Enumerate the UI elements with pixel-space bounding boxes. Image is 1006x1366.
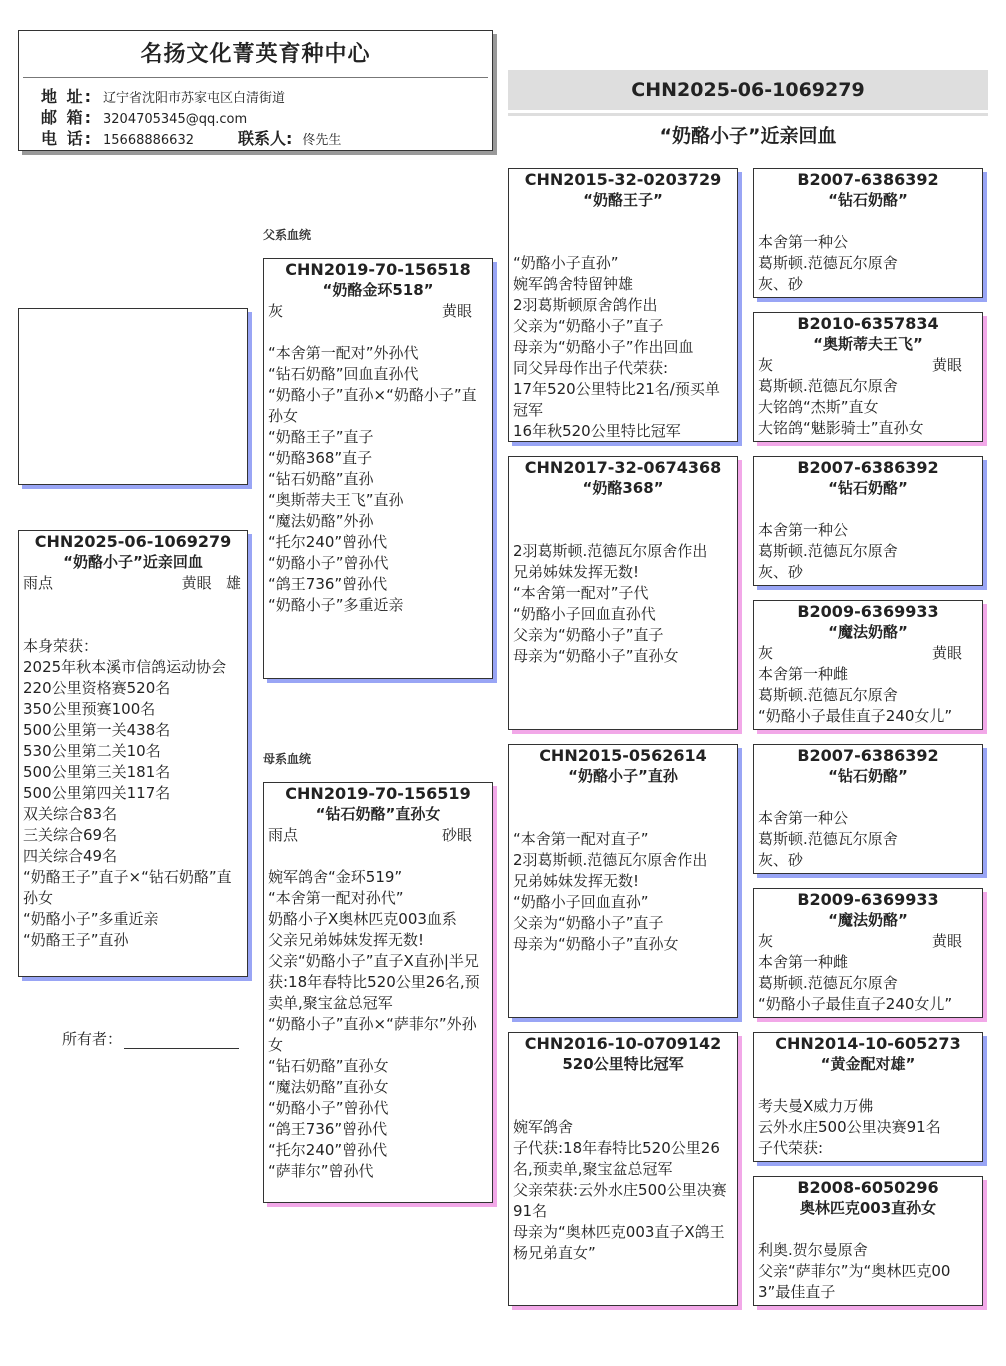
- great-grandparent-card-6: B2009-6369933 “魔法奶酪” 灰 黄眼 本舍第一种雌 葛斯顿.范德瓦…: [753, 888, 983, 1018]
- info-line: 16年秋520公里特比冠军: [513, 421, 733, 442]
- ring-number: B2009-6369933: [758, 890, 978, 910]
- feather-color: 灰: [268, 301, 283, 322]
- ring-number: CHN2014-10-605273: [758, 1034, 978, 1054]
- info-line: 本舍第一种雌: [758, 664, 978, 685]
- pigeon-name: “钻石奶酪”: [758, 766, 978, 787]
- email-value: 3204705345@qq.com: [103, 112, 247, 127]
- info-line: 葛斯顿.范德瓦尔原舍: [758, 253, 978, 274]
- info-line: 子代荣获:: [758, 1138, 978, 1159]
- maternal-grandsire-card: CHN2015-0562614 “奶酪小子”直孙 “本舍第一配对直子” 2羽葛斯…: [508, 744, 738, 1018]
- ring-number: CHN2019-70-156518: [268, 260, 488, 280]
- eye-type: 黄眼: [932, 643, 962, 664]
- eye-type: 黄眼: [182, 574, 212, 592]
- pedigree-ring-banner: CHN2025-06-1069279: [508, 70, 988, 110]
- info-line: “本舍第一配对”子代: [513, 583, 733, 604]
- info-line: 母亲为“奥林匹克003直子X鸽王杨兄弟直女”: [513, 1222, 733, 1264]
- info-line: “鸽王736”曾孙代: [268, 1119, 488, 1140]
- info-line: 婉军鸽舍特留钟雄: [513, 274, 733, 295]
- feather-color: 灰: [758, 931, 773, 952]
- info-line: 220公里资格赛520名: [23, 678, 243, 699]
- eye-type: 砂眼: [442, 825, 472, 846]
- breeder-info-card: 名扬文化菁英育种中心 地 址: 辽宁省沈阳市苏家屯区白清街道 邮 箱: 3204…: [18, 30, 493, 151]
- info-line: 考夫曼X威力万佛: [758, 1096, 978, 1117]
- phone-label: 电 话:: [41, 126, 103, 149]
- phone-row: 电 话: 15668886632 联系人: 佟先生: [19, 126, 492, 147]
- pigeon-name: 520公里特比冠军: [513, 1054, 733, 1075]
- pigeon-name: “奶酪368”: [513, 478, 733, 499]
- pigeon-name: “奶酪小子”直孙: [513, 766, 733, 787]
- email-row: 邮 箱: 3204705345@qq.com: [19, 105, 492, 126]
- pigeon-name: 奥林匹克003直孙女: [758, 1198, 978, 1219]
- great-grandparent-card-8: B2008-6050296 奥林匹克003直孙女 利奥.贺尔曼原舍 父亲“萨菲尔…: [753, 1176, 983, 1306]
- attributes-row: 雨点 黄眼 雄: [23, 573, 243, 594]
- info-line: 本舍第一种公: [758, 520, 978, 541]
- info-line: “奶酪小子直孙”: [513, 253, 733, 274]
- info-line: “奶酪小子最佳直子240女儿”: [758, 994, 978, 1015]
- dam-card: CHN2019-70-156519 “钻石奶酪”直孙女 雨点 砂眼 婉军鸽舍“金…: [263, 782, 493, 1203]
- great-grandparent-card-4: B2009-6369933 “魔法奶酪” 灰 黄眼 本舍第一种雌 葛斯顿.范德瓦…: [753, 600, 983, 730]
- info-line: 双关综合83名: [23, 804, 243, 825]
- maternal-line-label: 母系血统: [263, 750, 311, 767]
- feather-color: 灰: [758, 355, 773, 376]
- info-line: 500公里第一关438名: [23, 720, 243, 741]
- info-line: 葛斯顿.范德瓦尔原舍: [758, 685, 978, 706]
- info-line: “本舍第一配对孙代”: [268, 888, 488, 909]
- feather-color: 雨点: [268, 825, 298, 846]
- ring-number: B2008-6050296: [758, 1178, 978, 1198]
- info-line: “奶酪小子回血直孙代: [513, 604, 733, 625]
- banner-divider: [508, 113, 988, 116]
- pigeon-name: “黄金配对雄”: [758, 1054, 978, 1075]
- info-line: “魔法奶酪”外孙: [268, 511, 488, 532]
- info-line: 大铭鸽“魅影骑士”直孙女: [758, 418, 978, 439]
- info-line: “奶酪小子”多重近亲: [23, 909, 243, 930]
- pigeon-name: “奶酪金环518”: [268, 280, 488, 301]
- info-line: “本舍第一配对直子”: [513, 829, 733, 850]
- info-line: 350公里预赛100名: [23, 699, 243, 720]
- info-line: 本舍第一种公: [758, 232, 978, 253]
- ring-number: CHN2025-06-1069279: [23, 532, 243, 552]
- ring-number: CHN2015-32-0203729: [513, 170, 733, 190]
- info-line: “魔法奶酪”直孙女: [268, 1077, 488, 1098]
- info-line: “钻石奶酪”回血直孙代: [268, 364, 488, 385]
- info-line: 奶酪小子X奥林匹克003血系: [268, 909, 488, 930]
- info-line: 兄弟姊妹发挥无数!: [513, 871, 733, 892]
- info-line: 父亲“奶酪小子”直子X直孙|半兄获:18年春特比520公里26名,预卖单,聚宝盆…: [268, 951, 488, 1014]
- info-line: “奶酪小子”直孙×“奶酪小子”直孙女: [268, 385, 488, 427]
- feather-color: 灰: [758, 643, 773, 664]
- address-label: 地 址:: [41, 84, 103, 107]
- info-line: 母亲为“奶酪小子”直孙女: [513, 646, 733, 667]
- ring-number: CHN2019-70-156519: [268, 784, 488, 804]
- info-line: “奶酪368”直子: [268, 448, 488, 469]
- owner-field: 所有者：: [62, 1028, 239, 1049]
- great-grandparent-card-7: CHN2014-10-605273 “黄金配对雄” 考夫曼X威力万佛 云外水庄5…: [753, 1032, 983, 1162]
- info-line: 父亲为“奶酪小子”直子: [513, 625, 733, 646]
- info-line: 530公里第二关10名: [23, 741, 243, 762]
- info-line: 婉军鸽舍: [513, 1117, 733, 1138]
- great-grandparent-card-5: B2007-6386392 “钻石奶酪” 本舍第一种公 葛斯顿.范德瓦尔原舍 灰…: [753, 744, 983, 874]
- eye-type: 黄眼: [442, 301, 472, 322]
- info-line: “奶酪小子最佳直子240女儿”: [758, 706, 978, 727]
- info-line: “奶酪小子”多重近亲: [268, 595, 488, 616]
- contact-value: 佟先生: [302, 129, 341, 148]
- info-line: 灰、砂: [758, 274, 978, 295]
- attributes-row: 灰 黄眼: [268, 301, 488, 322]
- info-line: 2025年秋本溪市信鸽运动协会: [23, 657, 243, 678]
- ring-number: B2009-6369933: [758, 602, 978, 622]
- paternal-granddam-card: CHN2017-32-0674368 “奶酪368” 2羽葛斯顿.范德瓦尔原舍作…: [508, 456, 738, 730]
- ring-number: B2007-6386392: [758, 170, 978, 190]
- info-line: “奥斯蒂夫王飞”直孙: [268, 490, 488, 511]
- info-line: 婉军鸽舍“金环519”: [268, 867, 488, 888]
- email-label: 邮 箱:: [41, 105, 103, 128]
- ring-number: CHN2016-10-0709142: [513, 1034, 733, 1054]
- eye-type: 黄眼: [932, 355, 962, 376]
- info-line: 本舍第一种雌: [758, 952, 978, 973]
- info-line: 四关综合49名: [23, 846, 243, 867]
- owner-signature-line: [124, 1032, 239, 1049]
- ring-number: B2007-6386392: [758, 746, 978, 766]
- info-line: 葛斯顿.范德瓦尔原舍: [758, 541, 978, 562]
- info-line: 500公里第四关117名: [23, 783, 243, 804]
- info-line: 2羽葛斯顿原舍鸽作出: [513, 295, 733, 316]
- info-line: 大铭鸽“杰斯”直女: [758, 397, 978, 418]
- eye-type: 黄眼: [932, 931, 962, 952]
- info-line: “托尔240”曾孙代: [268, 532, 488, 553]
- maternal-granddam-card: CHN2016-10-0709142 520公里特比冠军 婉军鸽舍 子代获:18…: [508, 1032, 738, 1306]
- attributes-row: 灰 黄眼: [758, 355, 978, 376]
- pigeon-name: “钻石奶酪”: [758, 190, 978, 211]
- pigeon-name: “奥斯蒂夫王飞”: [758, 334, 978, 355]
- info-line: “钻石奶酪”直孙: [268, 469, 488, 490]
- info-line: “奶酪王子”直孙: [23, 930, 243, 951]
- subject-pigeon-card: CHN2025-06-1069279 “奶酪小子”近亲回血 雨点 黄眼 雄 本身…: [18, 530, 248, 977]
- info-line: “萨菲尔”曾孙代: [268, 1161, 488, 1182]
- info-line: 云外水庄500公里决赛91名: [758, 1117, 978, 1138]
- pigeon-name: “钻石奶酪”直孙女: [268, 804, 488, 825]
- pigeon-name: “钻石奶酪”: [758, 478, 978, 499]
- info-line: 父亲兄弟姊妹发挥无数!: [268, 930, 488, 951]
- paternal-grandsire-card: CHN2015-32-0203729 “奶酪王子” “奶酪小子直孙” 婉军鸽舍特…: [508, 168, 738, 442]
- info-line: 灰、砂: [758, 850, 978, 871]
- info-line: “托尔240”曾孙代: [268, 1140, 488, 1161]
- feather-color: 雨点: [23, 573, 53, 594]
- info-line: 17年520公里特比21名/预买单冠军: [513, 379, 733, 421]
- info-line: 葛斯顿.范德瓦尔原舍: [758, 973, 978, 994]
- pedigree-name-title: “奶酪小子”近亲回血: [508, 121, 988, 148]
- pigeon-name: “魔法奶酪”: [758, 622, 978, 643]
- info-line: 本舍第一种公: [758, 808, 978, 829]
- ring-number: B2007-6386392: [758, 458, 978, 478]
- owner-label: 所有者：: [62, 1030, 122, 1048]
- info-line: “鸽王736”曾孙代: [268, 574, 488, 595]
- info-line: 父亲荣获:云外水庄500公里决赛91名: [513, 1180, 733, 1222]
- info-line: “本舍第一配对”外孙代: [268, 343, 488, 364]
- ring-number: CHN2015-0562614: [513, 746, 733, 766]
- pigeon-name: “魔法奶酪”: [758, 910, 978, 931]
- phone-value: 15668886632: [103, 133, 194, 148]
- info-line: 灰、砂: [758, 562, 978, 583]
- info-line: 葛斯顿.范德瓦尔原舍: [758, 376, 978, 397]
- info-line: “钻石奶酪”直孙女: [268, 1056, 488, 1077]
- photo-placeholder: [18, 308, 248, 485]
- paternal-line-label: 父系血统: [263, 226, 311, 243]
- info-line: 利奥.贺尔曼原舍: [758, 1240, 978, 1261]
- attributes-row: 雨点 砂眼: [268, 825, 488, 846]
- attributes-row: 灰 黄眼: [758, 643, 978, 664]
- info-line: 同父异母作出子代荣获:: [513, 358, 733, 379]
- info-line: 母亲为“奶酪小子”直孙女: [513, 934, 733, 955]
- info-line: “奶酪小子回血直孙”: [513, 892, 733, 913]
- pigeon-name: “奶酪小子”近亲回血: [23, 552, 243, 573]
- info-line: 母亲为“奶酪小子”作出回血: [513, 337, 733, 358]
- info-line: 500公里第三关181名: [23, 762, 243, 783]
- info-line: 三关综合69名: [23, 825, 243, 846]
- info-line: 子代获:18年春特比520公里26名,预卖单,聚宝盆总冠军: [513, 1138, 733, 1180]
- ring-number: B2010-6357834: [758, 314, 978, 334]
- ring-number: CHN2017-32-0674368: [513, 458, 733, 478]
- info-line: 父亲“萨菲尔”为“奥林匹克003”最佳直子: [758, 1261, 978, 1303]
- great-grandparent-card-1: B2007-6386392 “钻石奶酪” 本舍第一种公 葛斯顿.范德瓦尔原舍 灰…: [753, 168, 983, 298]
- info-line: “奶酪小子”直孙×“萨菲尔”外孙女: [268, 1014, 488, 1056]
- breeder-name: 名扬文化菁英育种中心: [19, 37, 492, 68]
- great-grandparent-card-2: B2010-6357834 “奥斯蒂夫王飞” 灰 黄眼 葛斯顿.范德瓦尔原舍 大…: [753, 312, 983, 442]
- great-grandparent-card-3: B2007-6386392 “钻石奶酪” 本舍第一种公 葛斯顿.范德瓦尔原舍 灰…: [753, 456, 983, 586]
- attributes-row: 灰 黄眼: [758, 931, 978, 952]
- info-line: 父亲为“奶酪小子”直子: [513, 913, 733, 934]
- pigeon-name: “奶酪王子”: [513, 190, 733, 211]
- info-line: “奶酪小子”曾孙代: [268, 553, 488, 574]
- divider: [23, 77, 488, 78]
- sex: 雄: [226, 574, 241, 592]
- address-row: 地 址: 辽宁省沈阳市苏家屯区白清街道: [19, 84, 492, 105]
- info-line: 2羽葛斯顿.范德瓦尔原舍作出: [513, 541, 733, 562]
- info-line: “奶酪王子”直子: [268, 427, 488, 448]
- address-value: 辽宁省沈阳市苏家屯区白清街道: [103, 87, 285, 106]
- info-line: 父亲为“奶酪小子”直子: [513, 316, 733, 337]
- contact-label: 联系人:: [238, 126, 292, 149]
- info-line: “奶酪王子”直子×“钻石奶酪”直孙女: [23, 867, 243, 909]
- sire-card: CHN2019-70-156518 “奶酪金环518” 灰 黄眼 “本舍第一配对…: [263, 258, 493, 679]
- info-line: 葛斯顿.范德瓦尔原舍: [758, 829, 978, 850]
- info-line: 2羽葛斯顿.范德瓦尔原舍作出: [513, 850, 733, 871]
- info-line: 本身荣获：: [23, 636, 243, 657]
- info-line: “奶酪小子”曾孙代: [268, 1098, 488, 1119]
- info-line: 兄弟姊妹发挥无数!: [513, 562, 733, 583]
